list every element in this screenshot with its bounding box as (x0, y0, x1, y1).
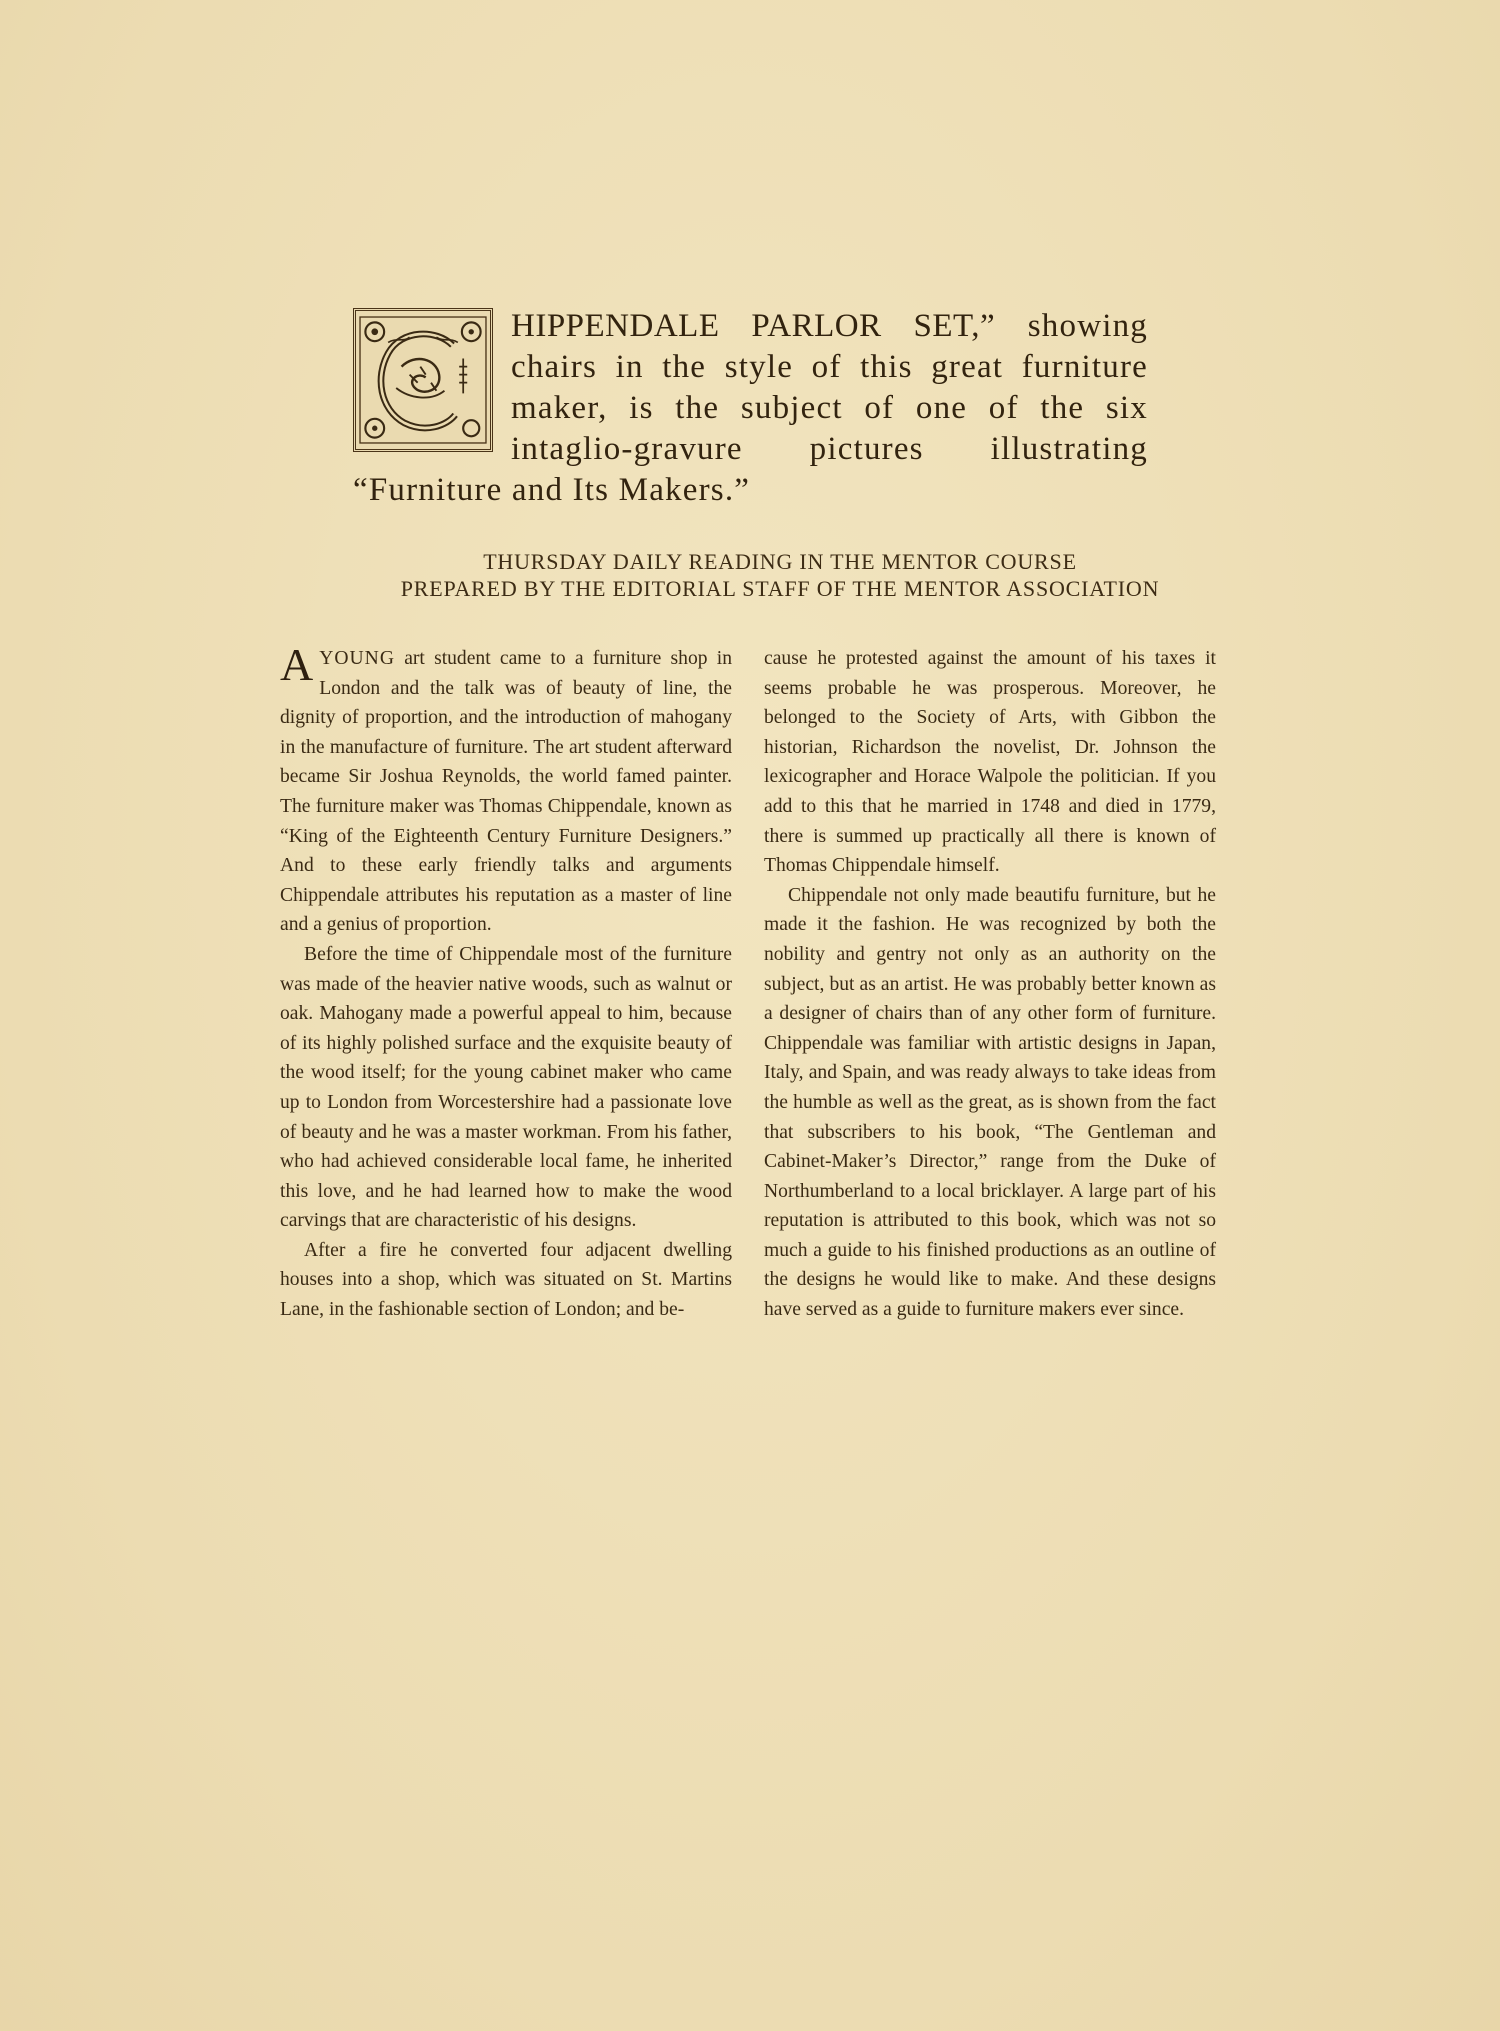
lead-caps: YOUNG (319, 648, 395, 669)
intro-lead-caps: HIPPENDALE PARLOR SET,” (511, 308, 995, 344)
intro-paragraph: HIPPENDALE PARLOR SET,” showing chairs i… (353, 306, 1148, 511)
ornamental-initial-c-icon (353, 308, 493, 452)
article-paragraph: After a fire he converted four adjacent … (280, 1236, 732, 1325)
drop-cap-letter: A (280, 646, 313, 684)
article-column-right: cause he protested against the amount of… (764, 644, 1216, 1325)
article-paragraph: Chippendale not only made beautifu furni… (764, 881, 1216, 1325)
subhead-line-2: PREPARED BY THE EDITORIAL STAFF OF THE M… (340, 575, 1220, 602)
paragraph-text: art student came to a furniture shop in … (280, 648, 732, 935)
document-page: HIPPENDALE PARLOR SET,” showing chairs i… (0, 0, 1500, 2031)
ornament-svg (356, 311, 490, 449)
subhead-line-1: THURSDAY DAILY READING IN THE MENTOR COU… (340, 548, 1220, 575)
article-paragraph: AYOUNG art student came to a furniture s… (280, 644, 732, 940)
reading-subheading: THURSDAY DAILY READING IN THE MENTOR COU… (340, 548, 1220, 602)
article-paragraph: cause he protested against the amount of… (764, 644, 1216, 881)
article-column-left: AYOUNG art student came to a furniture s… (280, 644, 732, 1325)
article-paragraph: Before the time of Chippendale most of t… (280, 940, 732, 1236)
